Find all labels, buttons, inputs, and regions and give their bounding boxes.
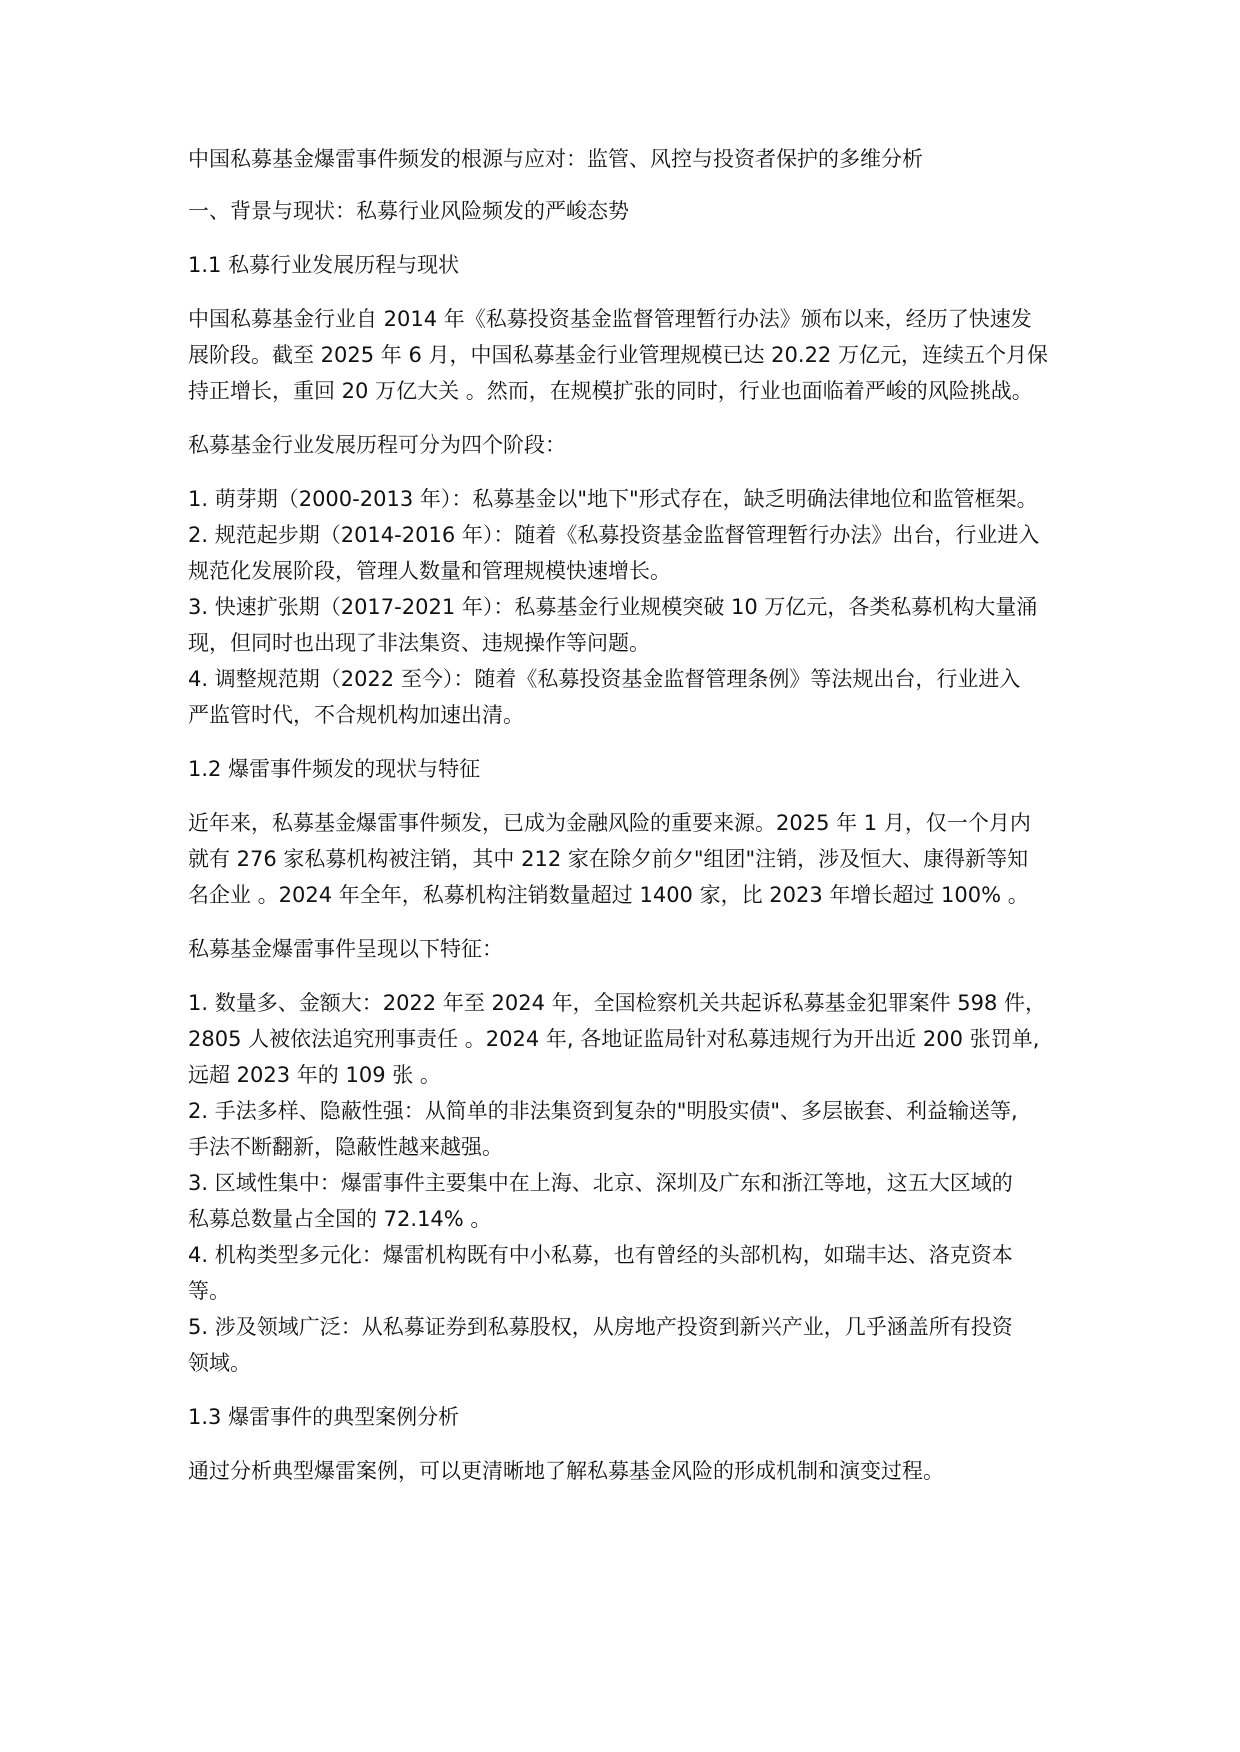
paragraph-case-intro: 通过分析典型爆雷案例，可以更清晰地了解私募基金风险的形成机制和演变过程。 <box>188 1456 944 1486</box>
list-item-continuation: 手法不断翻新，隐蔽性越来越强。 <box>188 1132 503 1162</box>
list-item-continuation: 严监管时代，不合规机构加速出清。 <box>188 700 524 730</box>
list-item-continuation: 等。 <box>188 1276 230 1306</box>
list-item-continuation: 2805 人被依法追究刑事责任 。2024 年, 各地证监局针对私募违规行为开出… <box>188 1024 1039 1054</box>
subsection-heading-1-1: 1.1 私募行业发展历程与现状 <box>188 250 459 280</box>
list-item-continuation: 私募总数量占全国的 72.14% 。 <box>188 1204 491 1234</box>
paragraph-line: 就有 276 家私募机构被注销，其中 212 家在除夕前夕"组团"注销，涉及恒大… <box>188 844 1028 874</box>
paragraph-line: 中国私募基金行业自 2014 年《私募投资基金监督管理暂行办法》颁布以来，经历了… <box>188 304 1032 334</box>
subsection-heading-1-3: 1.3 爆雷事件的典型案例分析 <box>188 1402 459 1432</box>
paragraph-line: 展阶段。截至 2025 年 6 月，中国私募基金行业管理规模已达 20.22 万… <box>188 340 1048 370</box>
list-item-continuation: 现，但同时也出现了非法集资、违规操作等问题。 <box>188 628 650 658</box>
paragraph-line: 名企业 。2024 年全年，私募机构注销数量超过 1400 家，比 2023 年… <box>188 880 1029 910</box>
list-item-continuation: 远超 2023 年的 109 张 。 <box>188 1060 441 1090</box>
list-item: 4. 调整规范期（2022 至今）：随着《私募投资基金监督管理条例》等法规出台，… <box>188 664 1020 694</box>
list-item: 3. 区域性集中：爆雷事件主要集中在上海、北京、深圳及广东和浙江等地，这五大区域… <box>188 1168 1013 1198</box>
document-title: 中国私募基金爆雷事件频发的根源与应对：监管、风控与投资者保护的多维分析 <box>188 144 923 174</box>
list-item: 2. 手法多样、隐蔽性强：从简单的非法集资到复杂的"明股实债"、多层嵌套、利益输… <box>188 1096 1018 1126</box>
section-heading-1: 一、背景与现状：私募行业风险频发的严峻态势 <box>188 196 629 226</box>
paragraph-features-intro: 私募基金爆雷事件呈现以下特征： <box>188 934 503 964</box>
paragraph-stages-intro: 私募基金行业发展历程可分为四个阶段： <box>188 430 566 460</box>
list-item-continuation: 领域。 <box>188 1348 251 1378</box>
list-item: 1. 数量多、金额大：2022 年至 2024 年，全国检察机关共起诉私募基金犯… <box>188 988 1046 1018</box>
list-item: 5. 涉及领域广泛：从私募证券到私募股权，从房地产投资到新兴产业，几乎涵盖所有投… <box>188 1312 1013 1342</box>
list-item: 3. 快速扩张期（2017-2021 年）：私募基金行业规模突破 10 万亿元，… <box>188 592 1037 622</box>
list-item: 4. 机构类型多元化：爆雷机构既有中小私募，也有曾经的头部机构，如瑞丰达、洛克资… <box>188 1240 1013 1270</box>
list-item: 1. 萌芽期（2000-2013 年）：私募基金以"地下"形式存在，缺乏明确法律… <box>188 484 1038 514</box>
subsection-heading-1-2: 1.2 爆雷事件频发的现状与特征 <box>188 754 480 784</box>
paragraph-line: 近年来，私募基金爆雷事件频发，已成为金融风险的重要来源。2025 年 1 月，仅… <box>188 808 1031 838</box>
list-item: 2. 规范起步期（2014-2016 年）：随着《私募投资基金监督管理暂行办法》… <box>188 520 1039 550</box>
list-item-continuation: 规范化发展阶段，管理人数量和管理规模快速增长。 <box>188 556 671 586</box>
paragraph-line: 持正增长，重回 20 万亿大关 。然而，在规模扩张的同时，行业也面临着严峻的风险… <box>188 376 1033 406</box>
